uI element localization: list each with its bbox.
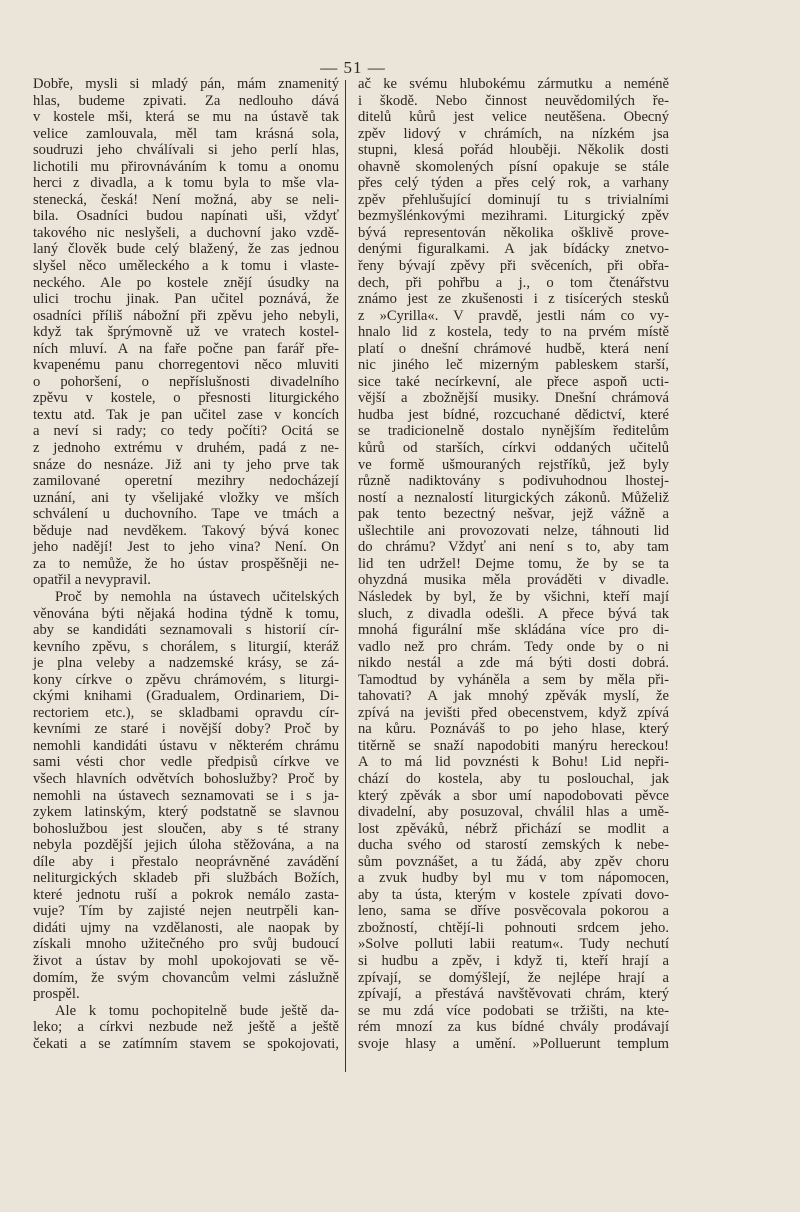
text-line: ulici trochu jinak. Pan učitel poznává, … <box>33 291 339 308</box>
text-line: mnohá figurální mše skládána více pro di… <box>358 622 669 639</box>
text-line: díle aby i přestalo neoprávněné zavádění <box>33 854 339 871</box>
text-line: ditelů kůrů jest velice neutěšena. Obecn… <box>358 109 669 126</box>
text-line: lid ten udržel! Dejme tomu, že by se ta <box>358 556 669 573</box>
text-line: nemohli kandidáti ústavu v některém chrá… <box>33 738 339 755</box>
text-line: kevního zpěvu, s chorálem, s liturgií, k… <box>33 639 339 656</box>
text-line: a zvuk hudby byl mu v tom nápomocen, <box>358 870 669 887</box>
text-line: kevními ze staré i novější doby? Proč by <box>33 721 339 738</box>
left-text-column: Dobře, mysli si mladý pán, mám znamenitý… <box>33 76 339 1052</box>
text-line: nebyla pozdější jejich úloha stěžována, … <box>33 837 339 854</box>
text-line: snáze do nesnáze. Již ani ty jeho prve t… <box>33 457 339 474</box>
text-line: za to nemůže, že ho ústav prospěšněji ne… <box>33 556 339 573</box>
text-line: chází do kostela, aby tu poslouchal, jak <box>358 771 669 788</box>
text-line: svoje hlasy a umění. »Polluerunt templum <box>358 1036 669 1053</box>
text-line: který zpěvák a sbor umí napodobovati pěv… <box>358 788 669 805</box>
text-line: lichotili mu přirovnáváním k tomu a onom… <box>33 159 339 176</box>
text-line: Dobře, mysli si mladý pán, mám znamenitý <box>33 76 339 93</box>
text-line: slyšel něco uměleckého a k tomu i vlaste… <box>33 258 339 275</box>
text-line: neliturgických skladeb při službách Boží… <box>33 870 339 887</box>
text-line: nic jiného leč mizerným pableskem starší… <box>358 357 669 374</box>
text-line: osadníci příliš nábožní při zpěvu jeho n… <box>33 308 339 325</box>
text-line: Proč by nemohla na ústavech učitelských <box>33 589 339 606</box>
text-line: na kůru. Poznáváš to po jeho hlase, kter… <box>358 721 669 738</box>
text-line: ohyzdná musika měla prováděti v divadle. <box>358 572 669 589</box>
text-line: rém mnozí za kus bídné chvály prodávají <box>358 1019 669 1036</box>
text-line: když tak šprýmovně už ve vratech kostel- <box>33 324 339 341</box>
text-line: sami vésti chor vedle předpisů církve ve <box>33 754 339 771</box>
text-line: stenecká, česká! Není možná, aby se neli… <box>33 192 339 209</box>
text-line: nikdo nestál a zde má býti dosti dobrá. <box>358 655 669 672</box>
text-line: běduje nad nevděkem. Takový bývá konec <box>33 523 339 540</box>
text-line: lost zpěváků, nébrž přichází se modlit a <box>358 821 669 838</box>
text-line: takového nic neslyšeli, a duchovní jako … <box>33 225 339 242</box>
text-line: se mu zdá více podobati se tržišti, na k… <box>358 1003 669 1020</box>
right-text-column: ač ke svému hlubokému zármutku a neméněi… <box>358 76 669 1052</box>
text-line: platí o dnešní chrámové hudbě, která nen… <box>358 341 669 358</box>
text-line: čekati a se zatímním stavem se spokojova… <box>33 1036 339 1053</box>
text-line: život a ústav by mohl upokojovati se vě- <box>33 953 339 970</box>
text-line: přes celý týden a přes celý rok, a varha… <box>358 175 669 192</box>
text-line: sům povznášet, a tu žádá, aby zpěv choru <box>358 854 669 871</box>
text-line: uznání, ani ty všelijaké vložky ve mších <box>33 490 339 507</box>
text-line: bila. Osadníci budou napínati uši, vždyť <box>33 208 339 225</box>
text-line: řeny bývají zpěvy při svěceních, při obř… <box>358 258 669 275</box>
text-line: sluch, z divadla odešli. A přece bývá ta… <box>358 606 669 623</box>
text-line: vuje? Tím by zajisté nejen neutrpěli kan… <box>33 903 339 920</box>
column-divider <box>345 80 346 1072</box>
text-line: prospěl. <box>33 986 339 1003</box>
text-line: získali mnoho užitečného pro svůj budouc… <box>33 936 339 953</box>
text-line: se tradicionelně dostalo nynějším ředite… <box>358 423 669 440</box>
text-line: ač ke svému hlubokému zármutku a neméně <box>358 76 669 93</box>
text-line: a neví si rady; co tedy počíti? Ocitá se <box>33 423 339 440</box>
text-line: velice zamlouvala, měl tam krásná sola, <box>33 126 339 143</box>
text-line: dech, při pohřbu a j., o tom čtenářstvu <box>358 275 669 292</box>
text-line: ckými knihami (Gradualem, Ordinariem, Di… <box>33 688 339 705</box>
text-line: hlas, budeme zpivati. Za nedlouho dává <box>33 93 339 110</box>
text-line: hnalo lid z kostela, tedy to na prvém mí… <box>358 324 669 341</box>
text-line: divadelní, aby posuzoval, chválil hlas a… <box>358 804 669 821</box>
text-line: v kostele mši, která se mu na ústavě tak <box>33 109 339 126</box>
text-line: bohoslužbou jest sloučen, aby s té stran… <box>33 821 339 838</box>
text-line: kvapenému panu chorregentovi něco mluvit… <box>33 357 339 374</box>
text-line: pak tento bezectný nešvar, jejž vážně a <box>358 506 669 523</box>
text-line: laný člověk bude celý blažený, že zas je… <box>33 241 339 258</box>
text-line: z »Cyrilla«. V pravdě, jestli nám co vy- <box>358 308 669 325</box>
text-line: Ale k tomu pochopitelně bude ještě da- <box>33 1003 339 1020</box>
text-line: zpěv přehlušující dominují tu s trivialn… <box>358 192 669 209</box>
text-line: zykem latinským, který podstatně se slav… <box>33 804 339 821</box>
text-line: soudruzi jeho chválívali si jeho perlí h… <box>33 142 339 159</box>
text-line: ducha svého od starostí zemských k nebe- <box>358 837 669 854</box>
text-line: do chrámu? Vždyť ani není s to, aby tam <box>358 539 669 556</box>
text-line: vější a zbožnější musiky. Dnešní chrámov… <box>358 390 669 407</box>
text-line: zpívají, a přestává navštěvovati chrám, … <box>358 986 669 1003</box>
text-line: stupni, klesá pořád hlouběji. Několik do… <box>358 142 669 159</box>
text-line: ností a neznalostí liturgických zákonů. … <box>358 490 669 507</box>
text-line: z jednoho extrému v druhém, padá z ne- <box>33 440 339 457</box>
text-line: tahovati? A jak mnohý zpěvák myslí, že <box>358 688 669 705</box>
text-line: kony církve o zpěvu chrámovém, s liturgi… <box>33 672 339 689</box>
text-line: všech hlavních odvětvích bohoslužby? Pro… <box>33 771 339 788</box>
text-line: leno, sama se dříve posvěcovala pokorou … <box>358 903 669 920</box>
text-line: titěrně se snaží napodobiti manýru herec… <box>358 738 669 755</box>
text-line: aby se kandidáti seznamovali s historií … <box>33 622 339 639</box>
text-line: bezmyšlénkovými mezihrami. Liturgický zp… <box>358 208 669 225</box>
text-line: »Solve polluti labii reatum«. Tudy nechu… <box>358 936 669 953</box>
text-line: denými figuralkami. A jak bídácky znetvo… <box>358 241 669 258</box>
text-line: neckého. Ale po kostele znějí úsudky na <box>33 275 339 292</box>
text-line: schválení u duchovního. Tape ve tmách a <box>33 506 339 523</box>
text-line: zpívá na jevišti před obecenstvem, když … <box>358 705 669 722</box>
text-line: si hudbu a zpěv, i když ti, kteří hrají … <box>358 953 669 970</box>
text-line: herci z divadla, a k tomu byla to mše vl… <box>33 175 339 192</box>
text-line: leko; a církvi nezbude než ještě a ještě <box>33 1019 339 1036</box>
text-line: bývá representován několika ošklivě prov… <box>358 225 669 242</box>
text-line: které jednotu ruší a pokrok nemálo zasta… <box>33 887 339 904</box>
text-line: textu atd. Tak je pan učitel zase v konc… <box>33 407 339 424</box>
text-line: Tamodtud by vyháněla a sem by měla při- <box>358 672 669 689</box>
text-line: nemohli na ústavech seznamovati se i s j… <box>33 788 339 805</box>
text-line: kůrů od starších, církvi oddaných učitel… <box>358 440 669 457</box>
text-line: zpívají, se domýšlejí, že nejlépe hrají … <box>358 970 669 987</box>
text-line: různě nadiktovány s podivuhodnou lhostej… <box>358 473 669 490</box>
text-line: hudba jest bídné, rozcuchané dědictví, k… <box>358 407 669 424</box>
text-line: zpěvu v kostele, o přesnosti liturgickéh… <box>33 390 339 407</box>
text-line: vadlo než pro chrám. Tedy onde by o ni <box>358 639 669 656</box>
text-line: ve formě ušmouraných rejstříků, jež byly <box>358 457 669 474</box>
text-line: zbožností, chtějí-li pohnouti srdcem jeh… <box>358 920 669 937</box>
text-line: sice také necírkevní, ale přece aspoň uc… <box>358 374 669 391</box>
text-line: ohavně skomolených písní opakuje se stál… <box>358 159 669 176</box>
text-line: věnována býti nějaká hodina týdně k tomu… <box>33 606 339 623</box>
text-line: domím, že svým chovancům velmi záslužně <box>33 970 339 987</box>
text-line: opatřil a nevypravil. <box>33 572 339 589</box>
text-line: je plna veleby a nadzemské krásy, se zá- <box>33 655 339 672</box>
text-line: A to má lid povznésti k Bohu! Lid nepři- <box>358 754 669 771</box>
text-line: jeho nadějí! Jest to jeho vina? Není. On <box>33 539 339 556</box>
text-line: o pohoršení, o nepříslušnosti divadelníh… <box>33 374 339 391</box>
text-line: rectoriem etc.), se skladbami opravdu cí… <box>33 705 339 722</box>
text-line: známo jest ze zkušenosti i z tisícerých … <box>358 291 669 308</box>
text-line: Následek by byl, že by všichni, kteří ma… <box>358 589 669 606</box>
text-line: i škodě. Nebo činnost neuvědomilých ře- <box>358 93 669 110</box>
text-line: zpěv lidový v chrámích, na nízkém jsa <box>358 126 669 143</box>
text-line: ušlechtile ani provozovati nelze, táhnou… <box>358 523 669 540</box>
text-line: aby ta ústa, kterým v kostele zpívati do… <box>358 887 669 904</box>
text-line: didáti ujmy na vzdělanosti, ale naopak b… <box>33 920 339 937</box>
text-line: ních mluví. A na faře počne pan farář př… <box>33 341 339 358</box>
page-number: — 51 — <box>0 58 706 78</box>
text-line: zamilované operetní mezihry nedocházejí <box>33 473 339 490</box>
